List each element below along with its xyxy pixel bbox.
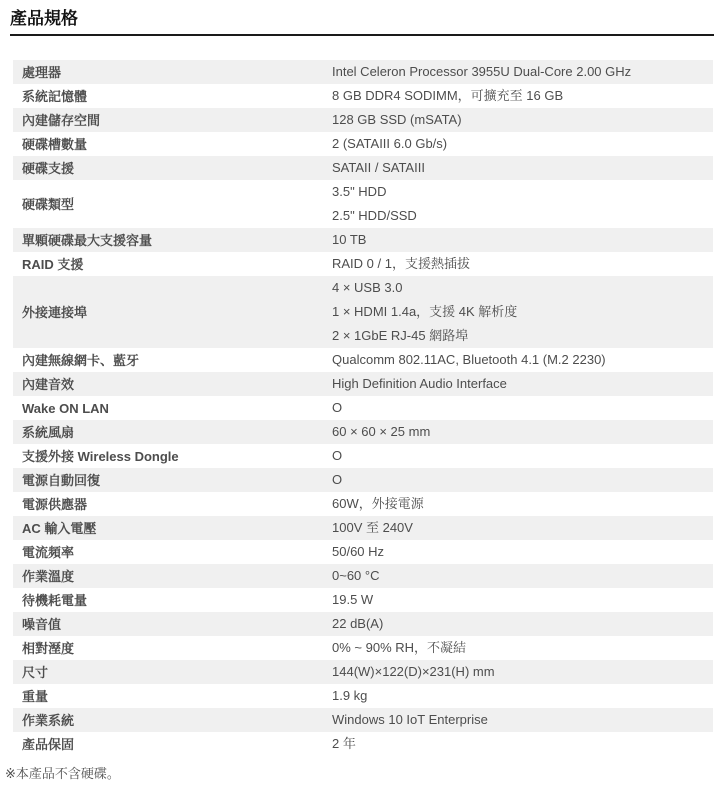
spec-label: 電源供應器: [13, 492, 332, 516]
spec-row: 系統風扇 60 × 60 × 25 mm: [13, 420, 713, 444]
spec-value-line: 60 × 60 × 25 mm: [332, 420, 713, 444]
footnote: ※本產品不含硬碟。: [5, 765, 728, 782]
spec-value: 50/60 Hz: [332, 540, 713, 564]
spec-row: 處理器 Intel Celeron Processor 3955U Dual-C…: [13, 60, 713, 84]
spec-label: 內建儲存空間: [13, 108, 332, 132]
spec-value: RAID 0 / 1，支援熱插拔: [332, 252, 713, 276]
spec-value: 8 GB DDR4 SODIMM，可擴充至 16 GB: [332, 84, 713, 108]
spec-label: 尺寸: [13, 660, 332, 684]
spec-value: 3.5" HDD2.5" HDD/SSD: [332, 180, 713, 228]
spec-row: 相對溼度 0% ~ 90% RH，不凝結: [13, 636, 713, 660]
spec-label: 電流頻率: [13, 540, 332, 564]
spec-value: 1.9 kg: [332, 684, 713, 708]
spec-value: 60 × 60 × 25 mm: [332, 420, 713, 444]
spec-value-line: 50/60 Hz: [332, 540, 713, 564]
spec-value-line: 60W，外接電源: [332, 492, 713, 516]
spec-value-line: O: [332, 396, 713, 420]
spec-value-line: 8 GB DDR4 SODIMM，可擴充至 16 GB: [332, 84, 713, 108]
spec-row: Wake ON LAN O: [13, 396, 713, 420]
spec-value-line: 19.5 W: [332, 588, 713, 612]
spec-label: 作業系統: [13, 708, 332, 732]
spec-value: 0~60 °C: [332, 564, 713, 588]
spec-row: 重量 1.9 kg: [13, 684, 713, 708]
spec-value: O: [332, 396, 713, 420]
spec-label: Wake ON LAN: [13, 396, 332, 420]
spec-row: 作業溫度 0~60 °C: [13, 564, 713, 588]
spec-value: 0% ~ 90% RH，不凝結: [332, 636, 713, 660]
spec-value-line: 128 GB SSD (mSATA): [332, 108, 713, 132]
spec-value: 2 年: [332, 732, 713, 756]
spec-table: 處理器 Intel Celeron Processor 3955U Dual-C…: [13, 60, 713, 756]
spec-row: 硬碟支援 SATAII / SATAIII: [13, 156, 713, 180]
spec-value-line: 144(W)×122(D)×231(H) mm: [332, 660, 713, 684]
spec-value-line: SATAII / SATAIII: [332, 156, 713, 180]
spec-row: 作業系統 Windows 10 IoT Enterprise: [13, 708, 713, 732]
spec-label: 內建音效: [13, 372, 332, 396]
spec-value: O: [332, 468, 713, 492]
spec-row: 內建儲存空間 128 GB SSD (mSATA): [13, 108, 713, 132]
spec-value-line: RAID 0 / 1，支援熱插拔: [332, 252, 713, 276]
spec-label: 硬碟類型: [13, 180, 332, 228]
spec-row: 尺寸 144(W)×122(D)×231(H) mm: [13, 660, 713, 684]
spec-value-line: Intel Celeron Processor 3955U Dual-Core …: [332, 60, 713, 84]
spec-label: 硬碟槽數量: [13, 132, 332, 156]
spec-value: Qualcomm 802.11AC, Bluetooth 4.1 (M.2 22…: [332, 348, 713, 372]
title-divider: [10, 34, 714, 36]
spec-row: 待機耗電量 19.5 W: [13, 588, 713, 612]
spec-row: 電源供應器 60W，外接電源: [13, 492, 713, 516]
spec-value-line: Qualcomm 802.11AC, Bluetooth 4.1 (M.2 22…: [332, 348, 713, 372]
spec-label: 電源自動回復: [13, 468, 332, 492]
spec-value: Windows 10 IoT Enterprise: [332, 708, 713, 732]
spec-row: RAID 支援 RAID 0 / 1，支援熱插拔: [13, 252, 713, 276]
spec-label: 系統記憶體: [13, 84, 332, 108]
spec-label: 處理器: [13, 60, 332, 84]
spec-value-line: High Definition Audio Interface: [332, 372, 713, 396]
spec-value: Intel Celeron Processor 3955U Dual-Core …: [332, 60, 713, 84]
spec-row: 內建音效 High Definition Audio Interface: [13, 372, 713, 396]
spec-value-line: Windows 10 IoT Enterprise: [332, 708, 713, 732]
spec-value-line: 22 dB(A): [332, 612, 713, 636]
spec-value: 128 GB SSD (mSATA): [332, 108, 713, 132]
spec-label: AC 輸入電壓: [13, 516, 332, 540]
spec-label: 系統風扇: [13, 420, 332, 444]
spec-row: 電流頻率 50/60 Hz: [13, 540, 713, 564]
spec-row: 產品保固 2 年: [13, 732, 713, 756]
spec-value: High Definition Audio Interface: [332, 372, 713, 396]
spec-row: 單顆硬碟最大支援容量 10 TB: [13, 228, 713, 252]
spec-value: 2 (SATAIII 6.0 Gb/s): [332, 132, 713, 156]
spec-label: 內建無線網卡、藍牙: [13, 348, 332, 372]
spec-label: 噪音值: [13, 612, 332, 636]
spec-value: 4 × USB 3.01 × HDMI 1.4a，支援 4K 解析度2 × 1G…: [332, 276, 713, 348]
spec-value: 19.5 W: [332, 588, 713, 612]
spec-row: AC 輸入電壓 100V 至 240V: [13, 516, 713, 540]
spec-row: 支援外接 Wireless Dongle O: [13, 444, 713, 468]
spec-value-line: 100V 至 240V: [332, 516, 713, 540]
spec-value-line: 2 × 1GbE RJ-45 網路埠: [332, 324, 713, 348]
spec-value: 10 TB: [332, 228, 713, 252]
spec-row: 硬碟類型 3.5" HDD2.5" HDD/SSD: [13, 180, 713, 228]
spec-value-line: O: [332, 444, 713, 468]
spec-label: 待機耗電量: [13, 588, 332, 612]
spec-label: 硬碟支援: [13, 156, 332, 180]
spec-value: 100V 至 240V: [332, 516, 713, 540]
spec-value-line: 4 × USB 3.0: [332, 276, 713, 300]
page-title: 產品規格: [0, 0, 728, 34]
spec-label: 產品保固: [13, 732, 332, 756]
spec-page: 產品規格 處理器 Intel Celeron Processor 3955U D…: [0, 0, 728, 793]
spec-label: 支援外接 Wireless Dongle: [13, 444, 332, 468]
spec-row: 噪音值 22 dB(A): [13, 612, 713, 636]
spec-row: 電源自動回復 O: [13, 468, 713, 492]
spec-label: 單顆硬碟最大支援容量: [13, 228, 332, 252]
spec-value: SATAII / SATAIII: [332, 156, 713, 180]
spec-value-line: 3.5" HDD: [332, 180, 713, 204]
spec-value-line: 1 × HDMI 1.4a，支援 4K 解析度: [332, 300, 713, 324]
spec-label: 相對溼度: [13, 636, 332, 660]
spec-value-line: 10 TB: [332, 228, 713, 252]
spec-value: 144(W)×122(D)×231(H) mm: [332, 660, 713, 684]
spec-row: 系統記憶體 8 GB DDR4 SODIMM，可擴充至 16 GB: [13, 84, 713, 108]
spec-value: 60W，外接電源: [332, 492, 713, 516]
spec-label: RAID 支援: [13, 252, 332, 276]
spec-value: O: [332, 444, 713, 468]
spec-value-line: 2.5" HDD/SSD: [332, 204, 713, 228]
spec-value: 22 dB(A): [332, 612, 713, 636]
spec-row: 內建無線網卡、藍牙 Qualcomm 802.11AC, Bluetooth 4…: [13, 348, 713, 372]
spec-label: 作業溫度: [13, 564, 332, 588]
spec-value-line: 0% ~ 90% RH，不凝結: [332, 636, 713, 660]
spec-value-line: 2 (SATAIII 6.0 Gb/s): [332, 132, 713, 156]
spec-value-line: 2 年: [332, 732, 713, 756]
spec-row: 外接連接埠 4 × USB 3.01 × HDMI 1.4a，支援 4K 解析度…: [13, 276, 713, 348]
spec-label: 外接連接埠: [13, 276, 332, 348]
spec-value-line: O: [332, 468, 713, 492]
spec-value-line: 0~60 °C: [332, 564, 713, 588]
spec-label: 重量: [13, 684, 332, 708]
spec-row: 硬碟槽數量 2 (SATAIII 6.0 Gb/s): [13, 132, 713, 156]
spec-value-line: 1.9 kg: [332, 684, 713, 708]
